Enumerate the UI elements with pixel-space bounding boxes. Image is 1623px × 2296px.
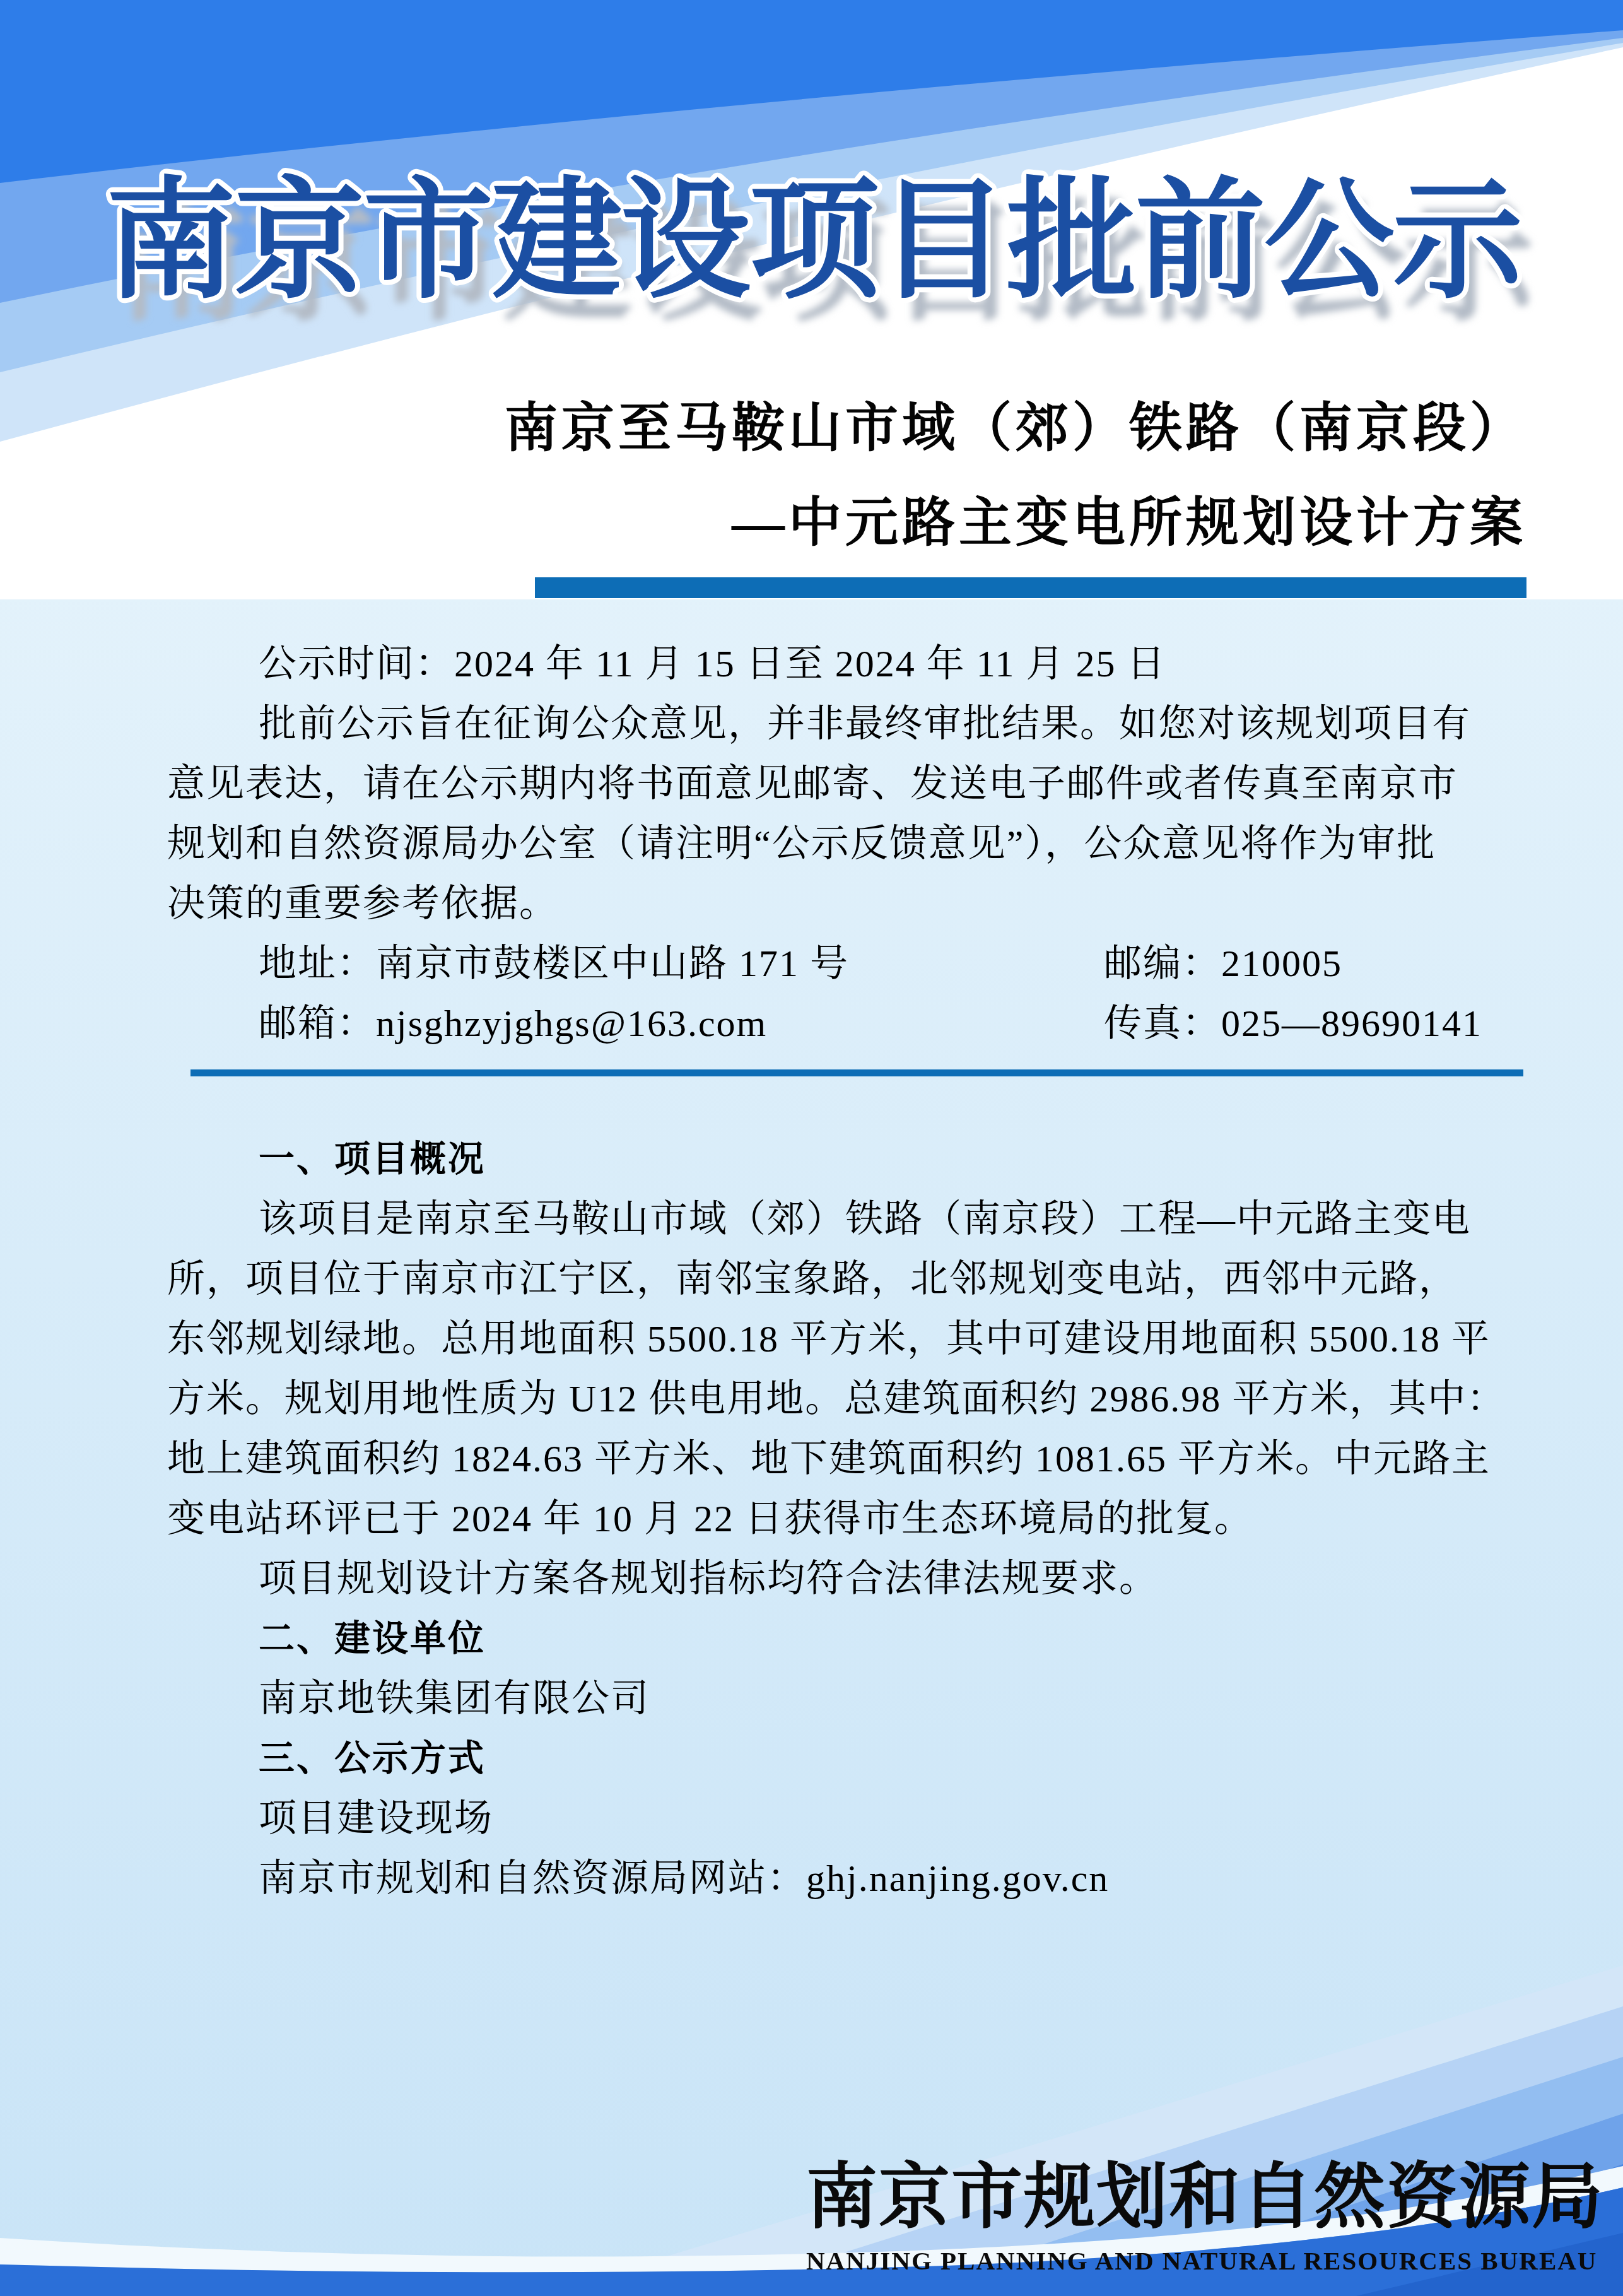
section1-line-1: 该项目是南京至马鞍山市域（郊）铁路（南京段）工程—中元路主变电 (167, 1189, 1523, 1249)
intro-line-4: 决策的重要参考依据。 (167, 874, 1523, 934)
banner-title-group: 南京市建设项目批前公示 南京市建设项目批前公示 (106, 169, 1535, 336)
intro-line-3: 规划和自然资源局办公室（请注明“公示反馈意见”），公众意见将作为审批 (167, 814, 1523, 874)
section1-line-4: 方米。规划用地性质为 U12 供电用地。总建筑面积约 2986.98 平方米，其… (167, 1369, 1523, 1429)
contact-row-address: 地址：南京市鼓楼区中山路 171 号 邮编：210005 (167, 934, 1523, 994)
section1-closing: 项目规划设计方案各规划指标均符合法律法规要求。 (167, 1549, 1523, 1609)
subtitle-line-2: —中元路主变电所规划设计方案 (505, 476, 1526, 571)
bureau-name-cn: 南京市规划和自然资源局 (806, 2140, 1573, 2242)
section1-line-3: 东邻规划绿地。总用地面积 5500.18 平方米，其中可建设用地面积 5500.… (167, 1309, 1523, 1369)
section2-body: 南京地铁集团有限公司 (167, 1669, 1523, 1729)
section1-line-2: 所，项目位于南京市江宁区，南邻宝象路，北邻规划变电站，西邻中元路， (167, 1249, 1523, 1309)
intro-line-1: 批前公示旨在征询公众意见，并非最终审批结果。如您对该规划项目有 (167, 694, 1523, 754)
section1-heading: 一、项目概况 (167, 1129, 1523, 1189)
bureau-name-en: NANJING PLANNING AND NATURAL RESOURCES B… (806, 2246, 1573, 2276)
divider-rule (190, 1069, 1523, 1076)
section3-heading: 三、公示方式 (167, 1729, 1523, 1789)
contact-address: 地址：南京市鼓楼区中山路 171 号 (259, 943, 849, 984)
footer: 南京市规划和自然资源局 NANJING PLANNING AND NATURAL… (0, 1905, 1623, 2296)
project-subtitle: 南京至马鞍山市域（郊）铁路（南京段） —中元路主变电所规划设计方案 (505, 382, 1526, 598)
contact-fax: 传真：025—89690141 (1104, 994, 1482, 1054)
notice-body: 公示时间：2024 年 11 月 15 日至 2024 年 11 月 25 日 … (167, 634, 1523, 1909)
contact-email: 邮箱：njsghzyjghgs@163.com (259, 1003, 767, 1044)
intro-line-2: 意见表达，请在公示期内将书面意见邮寄、发送电子邮件或者传真至南京市 (167, 754, 1523, 814)
bureau-signature: 南京市规划和自然资源局 NANJING PLANNING AND NATURAL… (806, 2140, 1573, 2276)
banner-title: 南京市建设项目批前公示 (106, 169, 1524, 314)
contact-row-email: 邮箱：njsghzyjghgs@163.com 传真：025—89690141 (167, 994, 1523, 1054)
notice-poster: 南京市建设项目批前公示 南京市建设项目批前公示 南京至马鞍山市域（郊）铁路（南京… (0, 0, 1623, 2296)
section3-item-1: 项目建设现场 (167, 1789, 1523, 1849)
section3-item-2: 南京市规划和自然资源局网站：ghj.nanjing.gov.cn (167, 1849, 1523, 1909)
section-divider (167, 1054, 1523, 1129)
section1-line-5: 地上建筑面积约 1824.63 平方米、地下建筑面积约 1081.65 平方米。… (167, 1429, 1523, 1489)
section2-heading: 二、建设单位 (167, 1609, 1523, 1669)
publicity-period: 公示时间：2024 年 11 月 15 日至 2024 年 11 月 25 日 (167, 634, 1523, 694)
subtitle-line-1: 南京至马鞍山市域（郊）铁路（南京段） (505, 382, 1526, 476)
subtitle-underline-bar (535, 577, 1526, 598)
section1-line-6: 变电站环评已于 2024 年 10 月 22 日获得市生态环境局的批复。 (167, 1489, 1523, 1549)
contact-postcode: 邮编：210005 (1104, 934, 1342, 994)
